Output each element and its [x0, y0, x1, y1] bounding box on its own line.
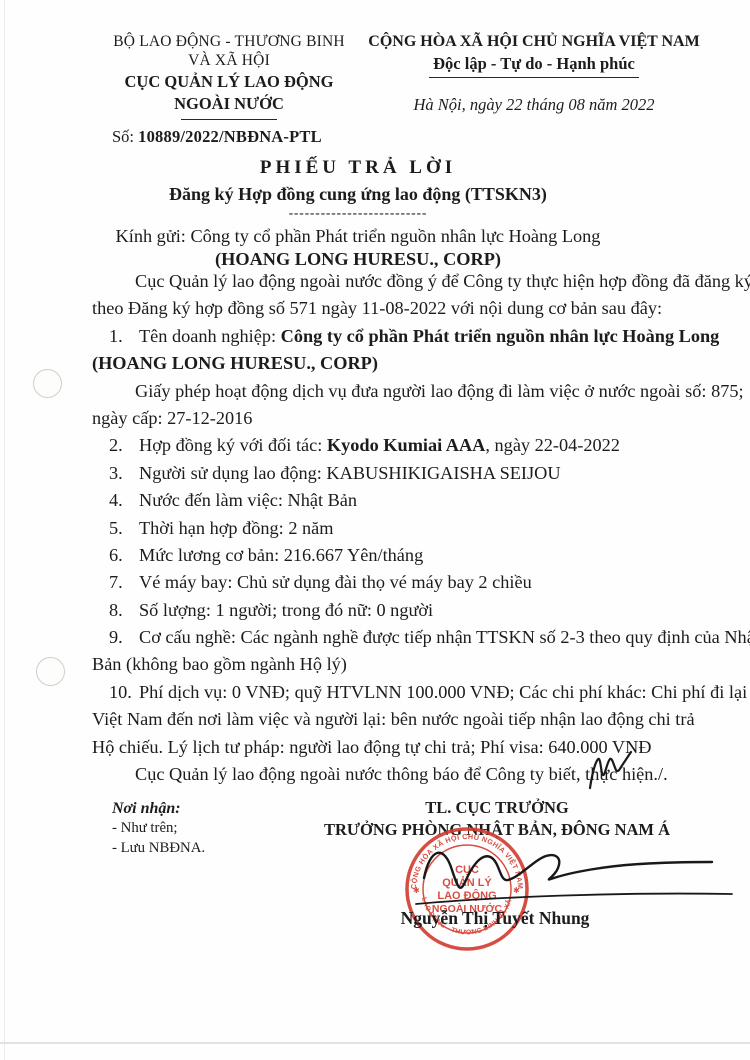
body-line: Bản (không bao gồm ngành Hộ lý): [92, 651, 668, 678]
item-number: 8.: [109, 597, 139, 624]
body-text-segment: Nước đến làm việc: Nhật Bản: [139, 490, 357, 510]
scanned-document-page: BỘ LAO ĐỘNG - THƯƠNG BINH VÀ XÃ HỘI CỤC …: [0, 0, 750, 1060]
item-number: 3.: [109, 460, 139, 487]
body-text-segment: Giấy phép hoạt động dịch vụ đưa người la…: [135, 381, 744, 401]
handwritten-initial-mark: [583, 744, 635, 796]
body-line: Cục Quản lý lao động ngoài nước thông bá…: [92, 761, 668, 788]
national-title: CỘNG HÒA XÃ HỘI CHỦ NGHĨA VIỆT NAM: [366, 32, 702, 52]
body-line: 4.Nước đến làm việc: Nhật Bản: [92, 487, 668, 514]
body-text-segment: Công ty cổ phần Phát triển nguồn nhân lự…: [281, 326, 720, 346]
item-number: 1.: [109, 323, 139, 350]
document-number-value: 10889/2022/NBĐNA-PTL: [138, 127, 322, 146]
body-text-segment: ngày cấp: 27-12-2016: [92, 408, 252, 428]
hole-punch-mark: [36, 657, 65, 686]
national-motto: Độc lập - Tự do - Hạnh phúc: [429, 54, 639, 78]
body-text-segment: Kyodo Kumiai AAA: [327, 435, 485, 455]
body-line: Giấy phép hoạt động dịch vụ đưa người la…: [92, 378, 668, 405]
agency-name-line1: CỤC QUẢN LÝ LAO ĐỘNG: [100, 72, 358, 92]
recipient-line: Kính gửi: Công ty cổ phần Phát triển ngu…: [0, 226, 716, 247]
body-line: ngày cấp: 27-12-2016: [92, 405, 668, 432]
body-line: 7.Vé máy bay: Chủ sử dụng đài thọ vé máy…: [92, 569, 668, 596]
body-text-segment: Thời hạn hợp đồng: 2 năm: [139, 518, 334, 538]
item-number: 6.: [109, 542, 139, 569]
issuing-agency-block: BỘ LAO ĐỘNG - THƯƠNG BINH VÀ XÃ HỘI CỤC …: [100, 32, 358, 120]
body-text-segment: Bản (không bao gồm ngành Hộ lý): [92, 654, 347, 674]
body-line: 1.Tên doanh nghiệp: Công ty cổ phần Phát…: [92, 323, 668, 350]
recipients-block: Nơi nhận: - Như trên; - Lưu NBĐNA.: [112, 800, 205, 858]
body-line: (HOANG LONG HURESU., CORP): [92, 350, 668, 377]
recipients-label: Nơi nhận:: [112, 800, 205, 818]
document-title-block: PHIẾU TRẢ LỜI Đăng ký Hợp đồng cung ứng …: [0, 157, 716, 270]
body-text-segment: Hợp đồng ký với đối tác:: [139, 435, 327, 455]
body-lines: Cục Quản lý lao động ngoài nước đồng ý đ…: [92, 268, 668, 788]
document-title: PHIẾU TRẢ LỜI: [0, 157, 716, 179]
body-line: 6.Mức lương cơ bản: 216.667 Yên/tháng: [92, 542, 668, 569]
body-line: 3.Người sử dụng lao động: KABUSHIKIGAISH…: [92, 460, 668, 487]
item-number: 4.: [109, 487, 139, 514]
ministry-name-line2: VÀ XÃ HỘI: [100, 51, 358, 70]
recipient-company-name: (HOANG LONG HURESU., CORP): [0, 249, 716, 270]
body-line: Việt Nam đến nơi làm việc và người lại: …: [92, 706, 668, 733]
national-header-block: CỘNG HÒA XÃ HỘI CHỦ NGHĨA VIỆT NAM Độc l…: [366, 32, 702, 115]
body-line: theo Đăng ký hợp đồng số 571 ngày 11-08-…: [92, 295, 668, 322]
body-text-segment: Người sử dụng lao động: KABUSHIKIGAISHA …: [139, 463, 561, 483]
hole-punch-mark: [33, 369, 62, 398]
body-text-segment: (HOANG LONG HURESU., CORP): [92, 353, 378, 373]
ministry-name-line1: BỘ LAO ĐỘNG - THƯƠNG BINH: [100, 32, 358, 51]
body-text-segment: Số lượng: 1 người; trong đó nữ: 0 người: [139, 600, 433, 620]
body-line: Cục Quản lý lao động ngoài nước đồng ý đ…: [92, 268, 668, 295]
body-text-segment: Vé máy bay: Chủ sử dụng đài thọ vé máy b…: [139, 572, 532, 592]
body-text-segment: Tên doanh nghiệp:: [139, 326, 281, 346]
signer-title-line1: TL. CỤC TRƯỞNG: [310, 798, 684, 818]
body-line: 10.Phí dịch vụ: 0 VNĐ; quỹ HTVLNN 100.00…: [92, 679, 668, 706]
body-line: 8.Số lượng: 1 người; trong đó nữ: 0 ngườ…: [92, 597, 668, 624]
body-line: Hộ chiếu. Lý lịch tư pháp: người lao độn…: [92, 734, 668, 761]
handwritten-signature: [396, 836, 741, 916]
recipients-item: - Lưu NBĐNA.: [112, 838, 205, 858]
place-dateline: Hà Nội, ngày 22 tháng 08 năm 2022: [366, 95, 702, 115]
body-text-segment: Phí dịch vụ: 0 VNĐ; quỹ HTVLNN 100.000 V…: [139, 682, 750, 702]
scan-bottom-edge: [0, 1042, 750, 1044]
item-number: 10.: [109, 679, 139, 706]
body-text-segment: Cơ cấu nghề: Các ngành nghề được tiếp nh…: [139, 627, 750, 647]
document-subtitle: Đăng ký Hợp đồng cung ứng lao động (TTSK…: [0, 184, 716, 205]
document-number: Số: 10889/2022/NBĐNA-PTL: [112, 127, 322, 147]
signer-name: Nguyễn Thị Tuyết Nhung: [328, 908, 662, 929]
body-text-segment: Mức lương cơ bản: 216.667 Yên/tháng: [139, 545, 423, 565]
item-number: 2.: [109, 432, 139, 459]
body-text-segment: Việt Nam đến nơi làm việc và người lại: …: [92, 709, 695, 729]
document-number-label: Số:: [112, 127, 134, 146]
agency-name-line2: NGOÀI NƯỚC: [100, 94, 358, 114]
body-text-segment: Hộ chiếu. Lý lịch tư pháp: người lao độn…: [92, 737, 652, 757]
agency-underline: [181, 119, 277, 120]
body-line: 9.Cơ cấu nghề: Các ngành nghề được tiếp …: [92, 624, 668, 651]
recipients-item: - Như trên;: [112, 818, 205, 838]
title-separator: --------------------------: [0, 208, 716, 218]
item-number: 9.: [109, 624, 139, 651]
body-text-segment: Cục Quản lý lao động ngoài nước đồng ý đ…: [135, 271, 750, 291]
body-text-segment: , ngày 22-04-2022: [485, 435, 620, 455]
body-line: 5.Thời hạn hợp đồng: 2 năm: [92, 515, 668, 542]
body-text-segment: theo Đăng ký hợp đồng số 571 ngày 11-08-…: [92, 298, 662, 318]
item-number: 5.: [109, 515, 139, 542]
item-number: 7.: [109, 569, 139, 596]
body-line: 2.Hợp đồng ký với đối tác: Kyodo Kumiai …: [92, 432, 668, 459]
